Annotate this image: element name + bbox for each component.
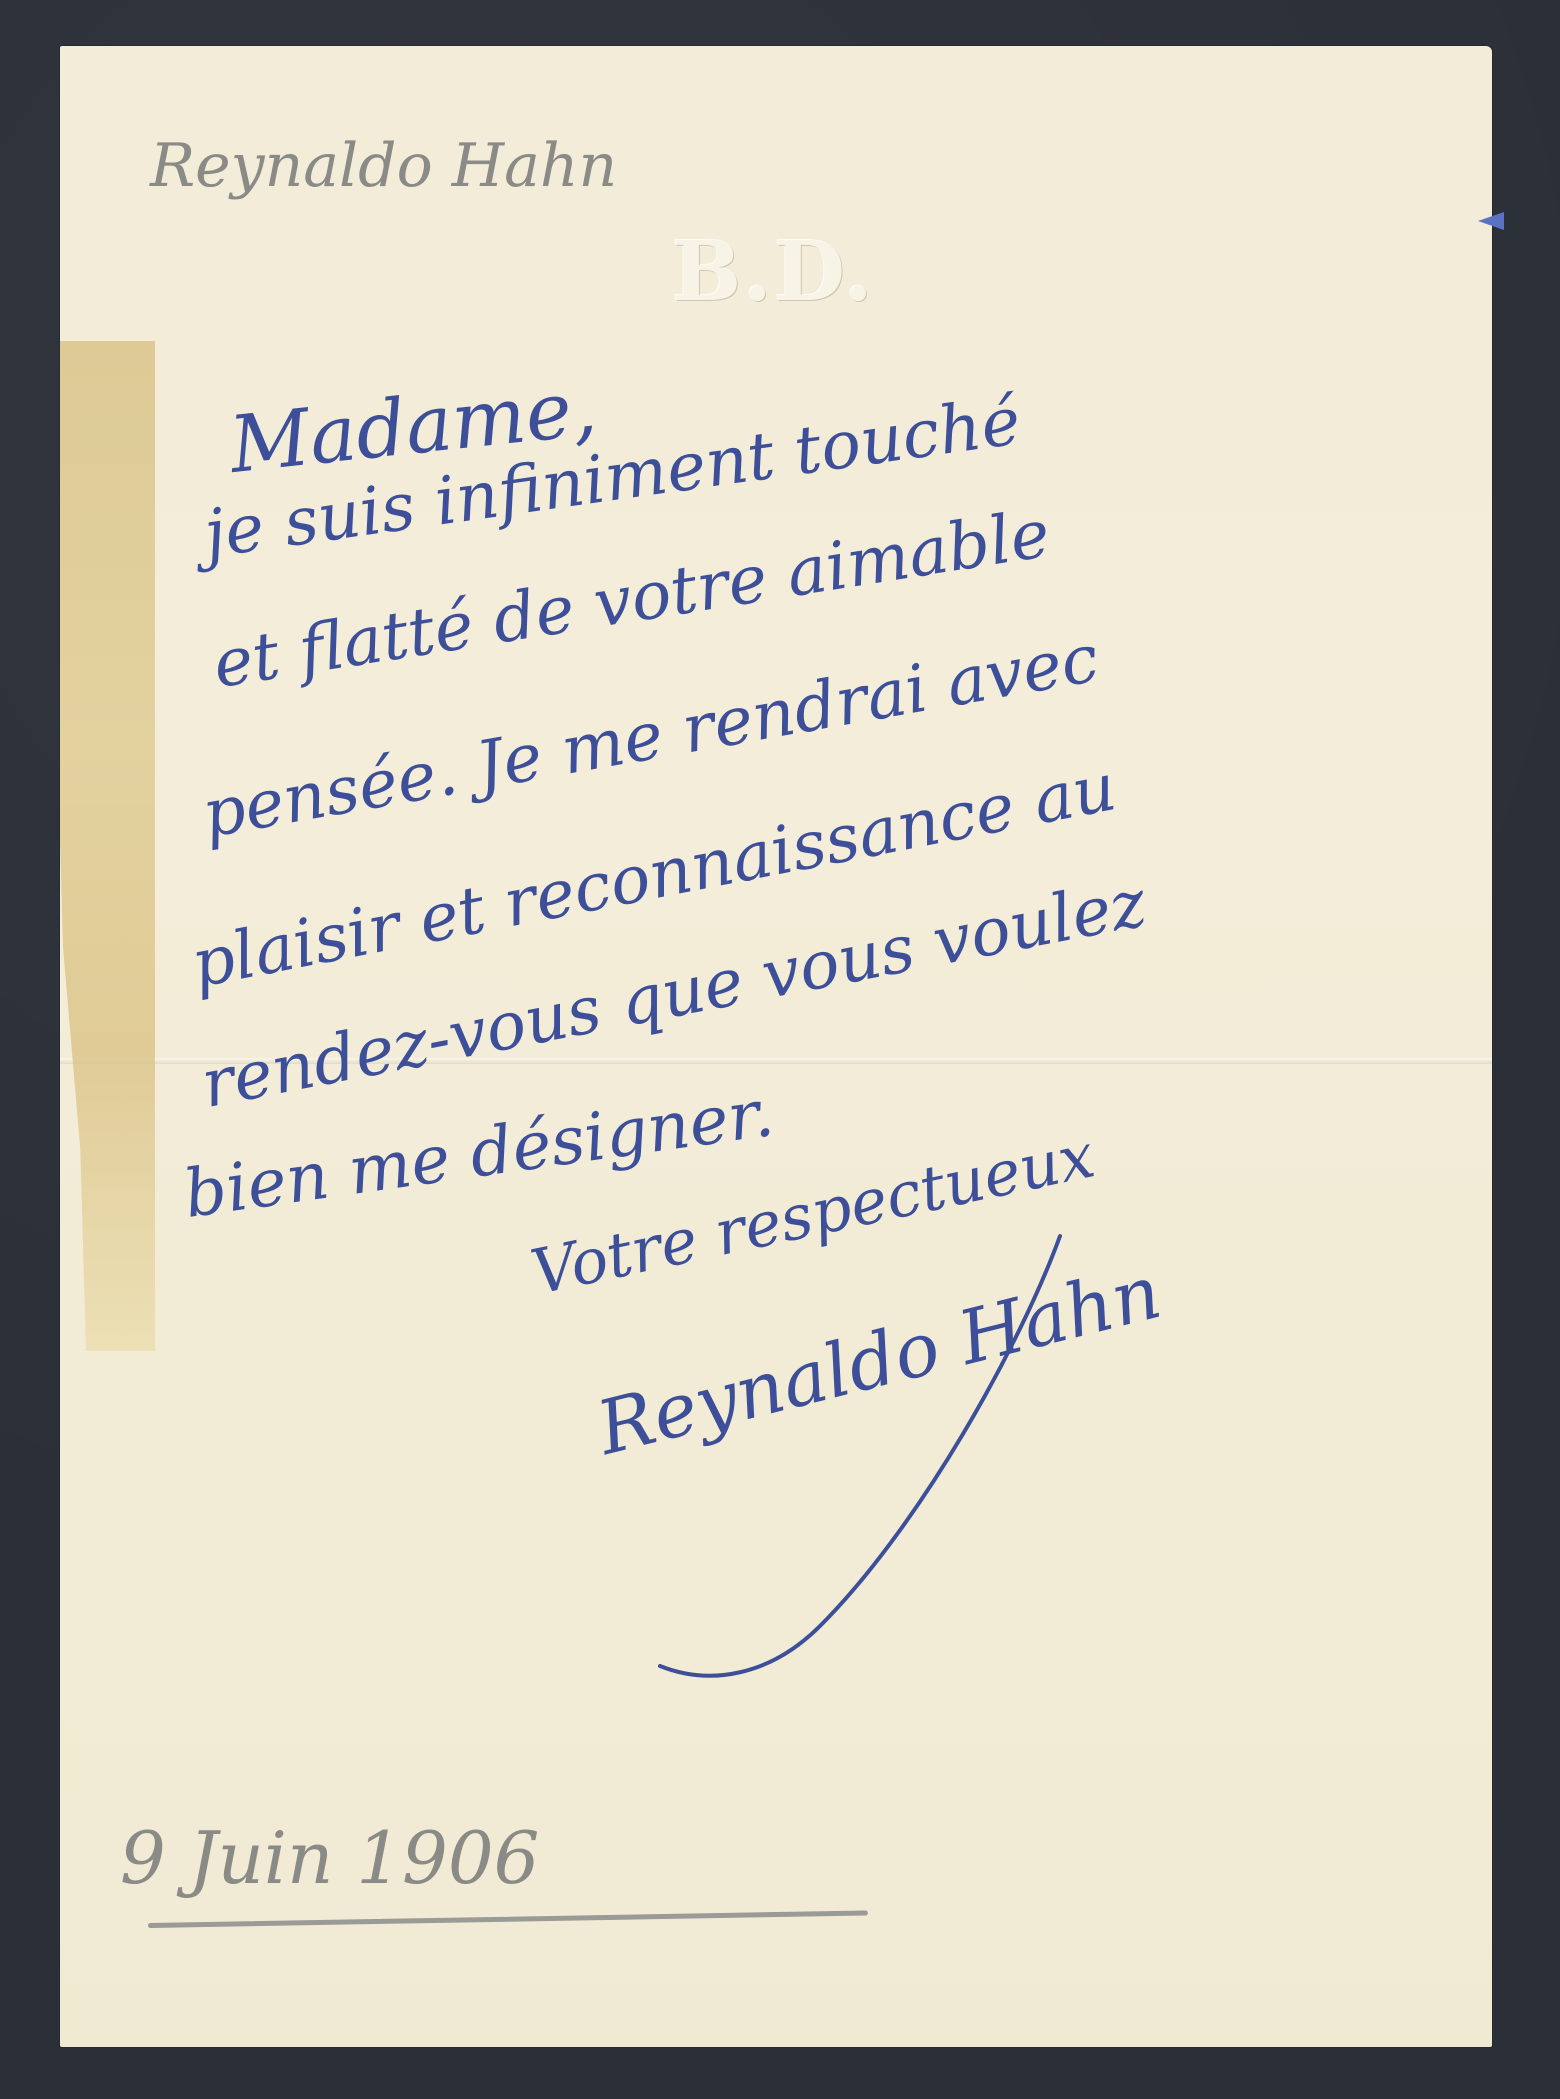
embossed-monogram: B.D. [672,224,875,320]
letter-sheet: Reynaldo Hahn B.D. Madame, je suis infin… [60,46,1492,2047]
date-underline [148,1910,868,1928]
adhesive-tape-strip [60,341,155,1351]
pencil-annotation-name: Reynaldo Hahn [150,131,617,201]
signature-flourish [620,1226,1100,1696]
pencil-annotation-date: 9 Juin 1906 [120,1816,539,1900]
blue-ink-mark [1478,212,1504,230]
